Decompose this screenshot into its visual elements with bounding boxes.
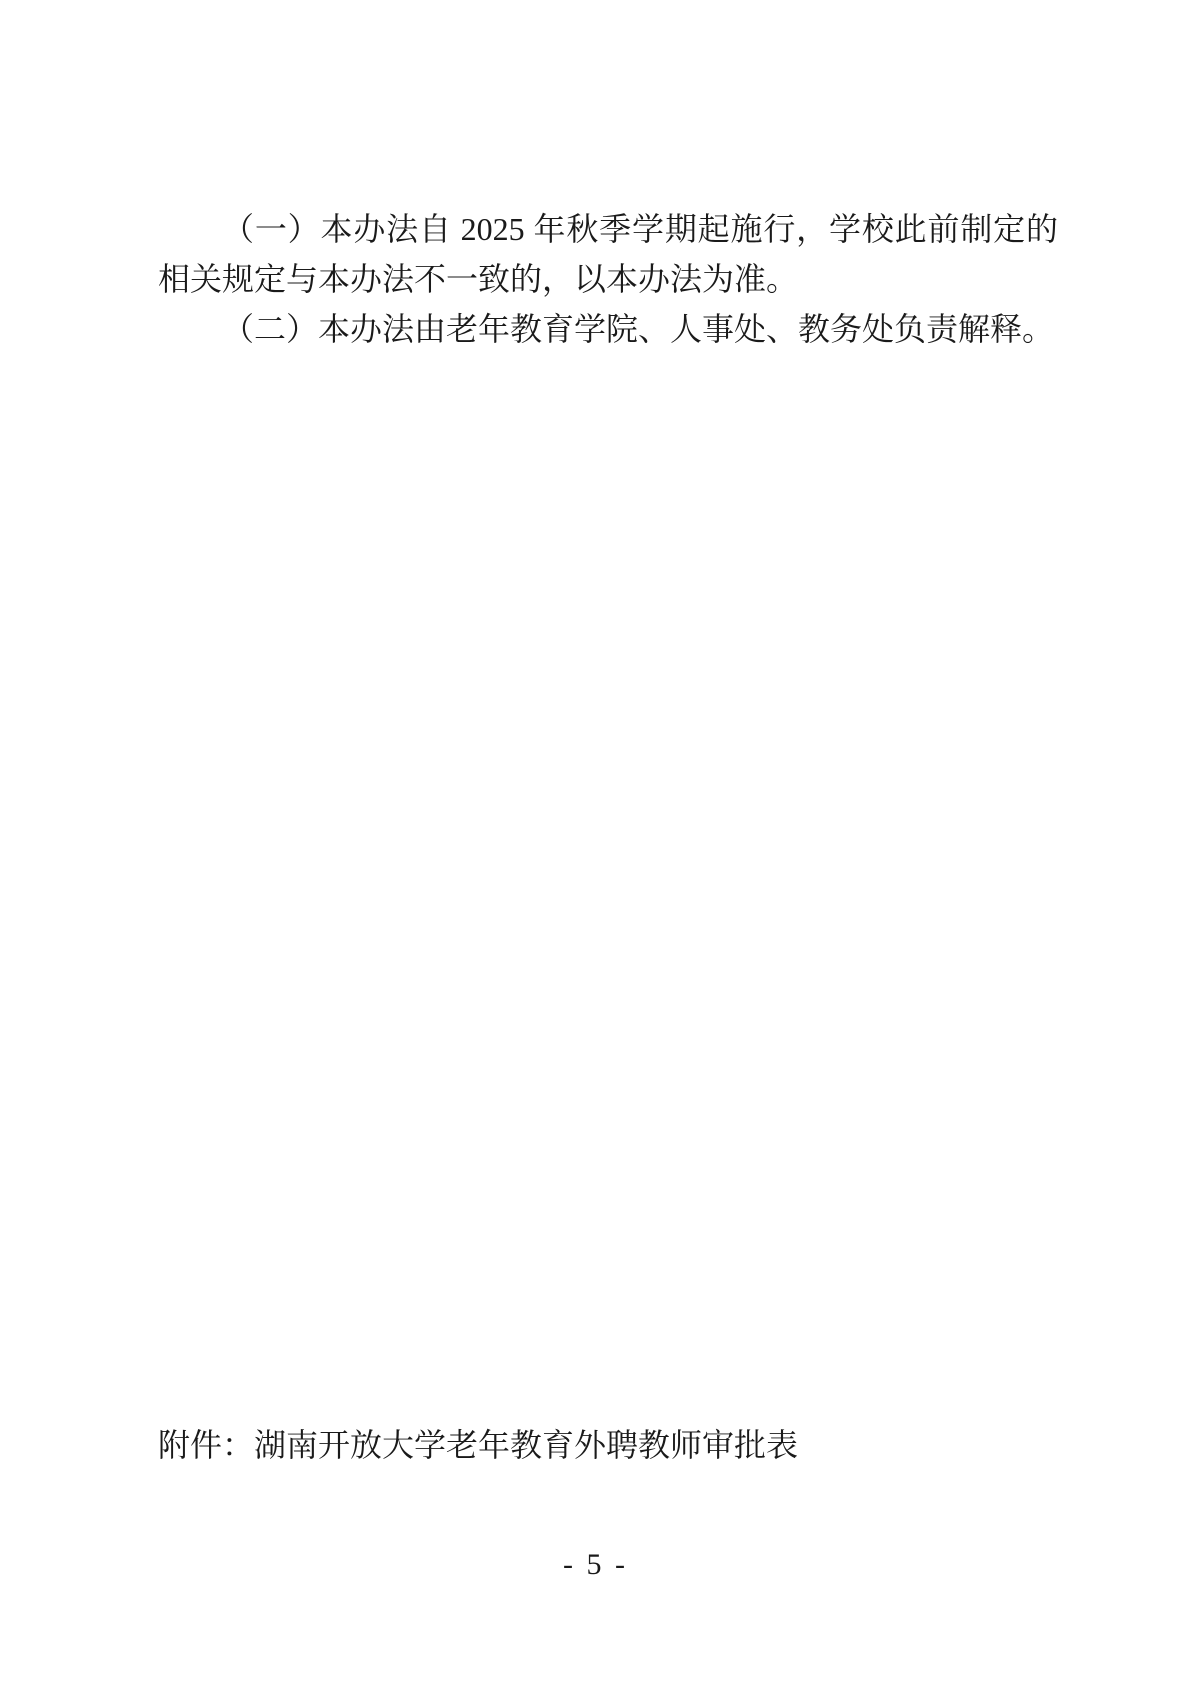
clause-paragraph-2: （二）本办法由老年教育学院、人事处、教务处负责解释。 [158, 304, 1058, 354]
attachment-reference: 附件：湖南开放大学老年教育外聘教师审批表 [158, 1420, 1058, 1470]
document-body: （一）本办法自 2025 年秋季学期起施行，学校此前制定的相关规定与本办法不一致… [158, 204, 1058, 354]
page-number: - 5 - [0, 1545, 1191, 1585]
clause-paragraph-1: （一）本办法自 2025 年秋季学期起施行，学校此前制定的相关规定与本办法不一致… [158, 204, 1058, 304]
document-page: （一）本办法自 2025 年秋季学期起施行，学校此前制定的相关规定与本办法不一致… [0, 0, 1191, 1684]
